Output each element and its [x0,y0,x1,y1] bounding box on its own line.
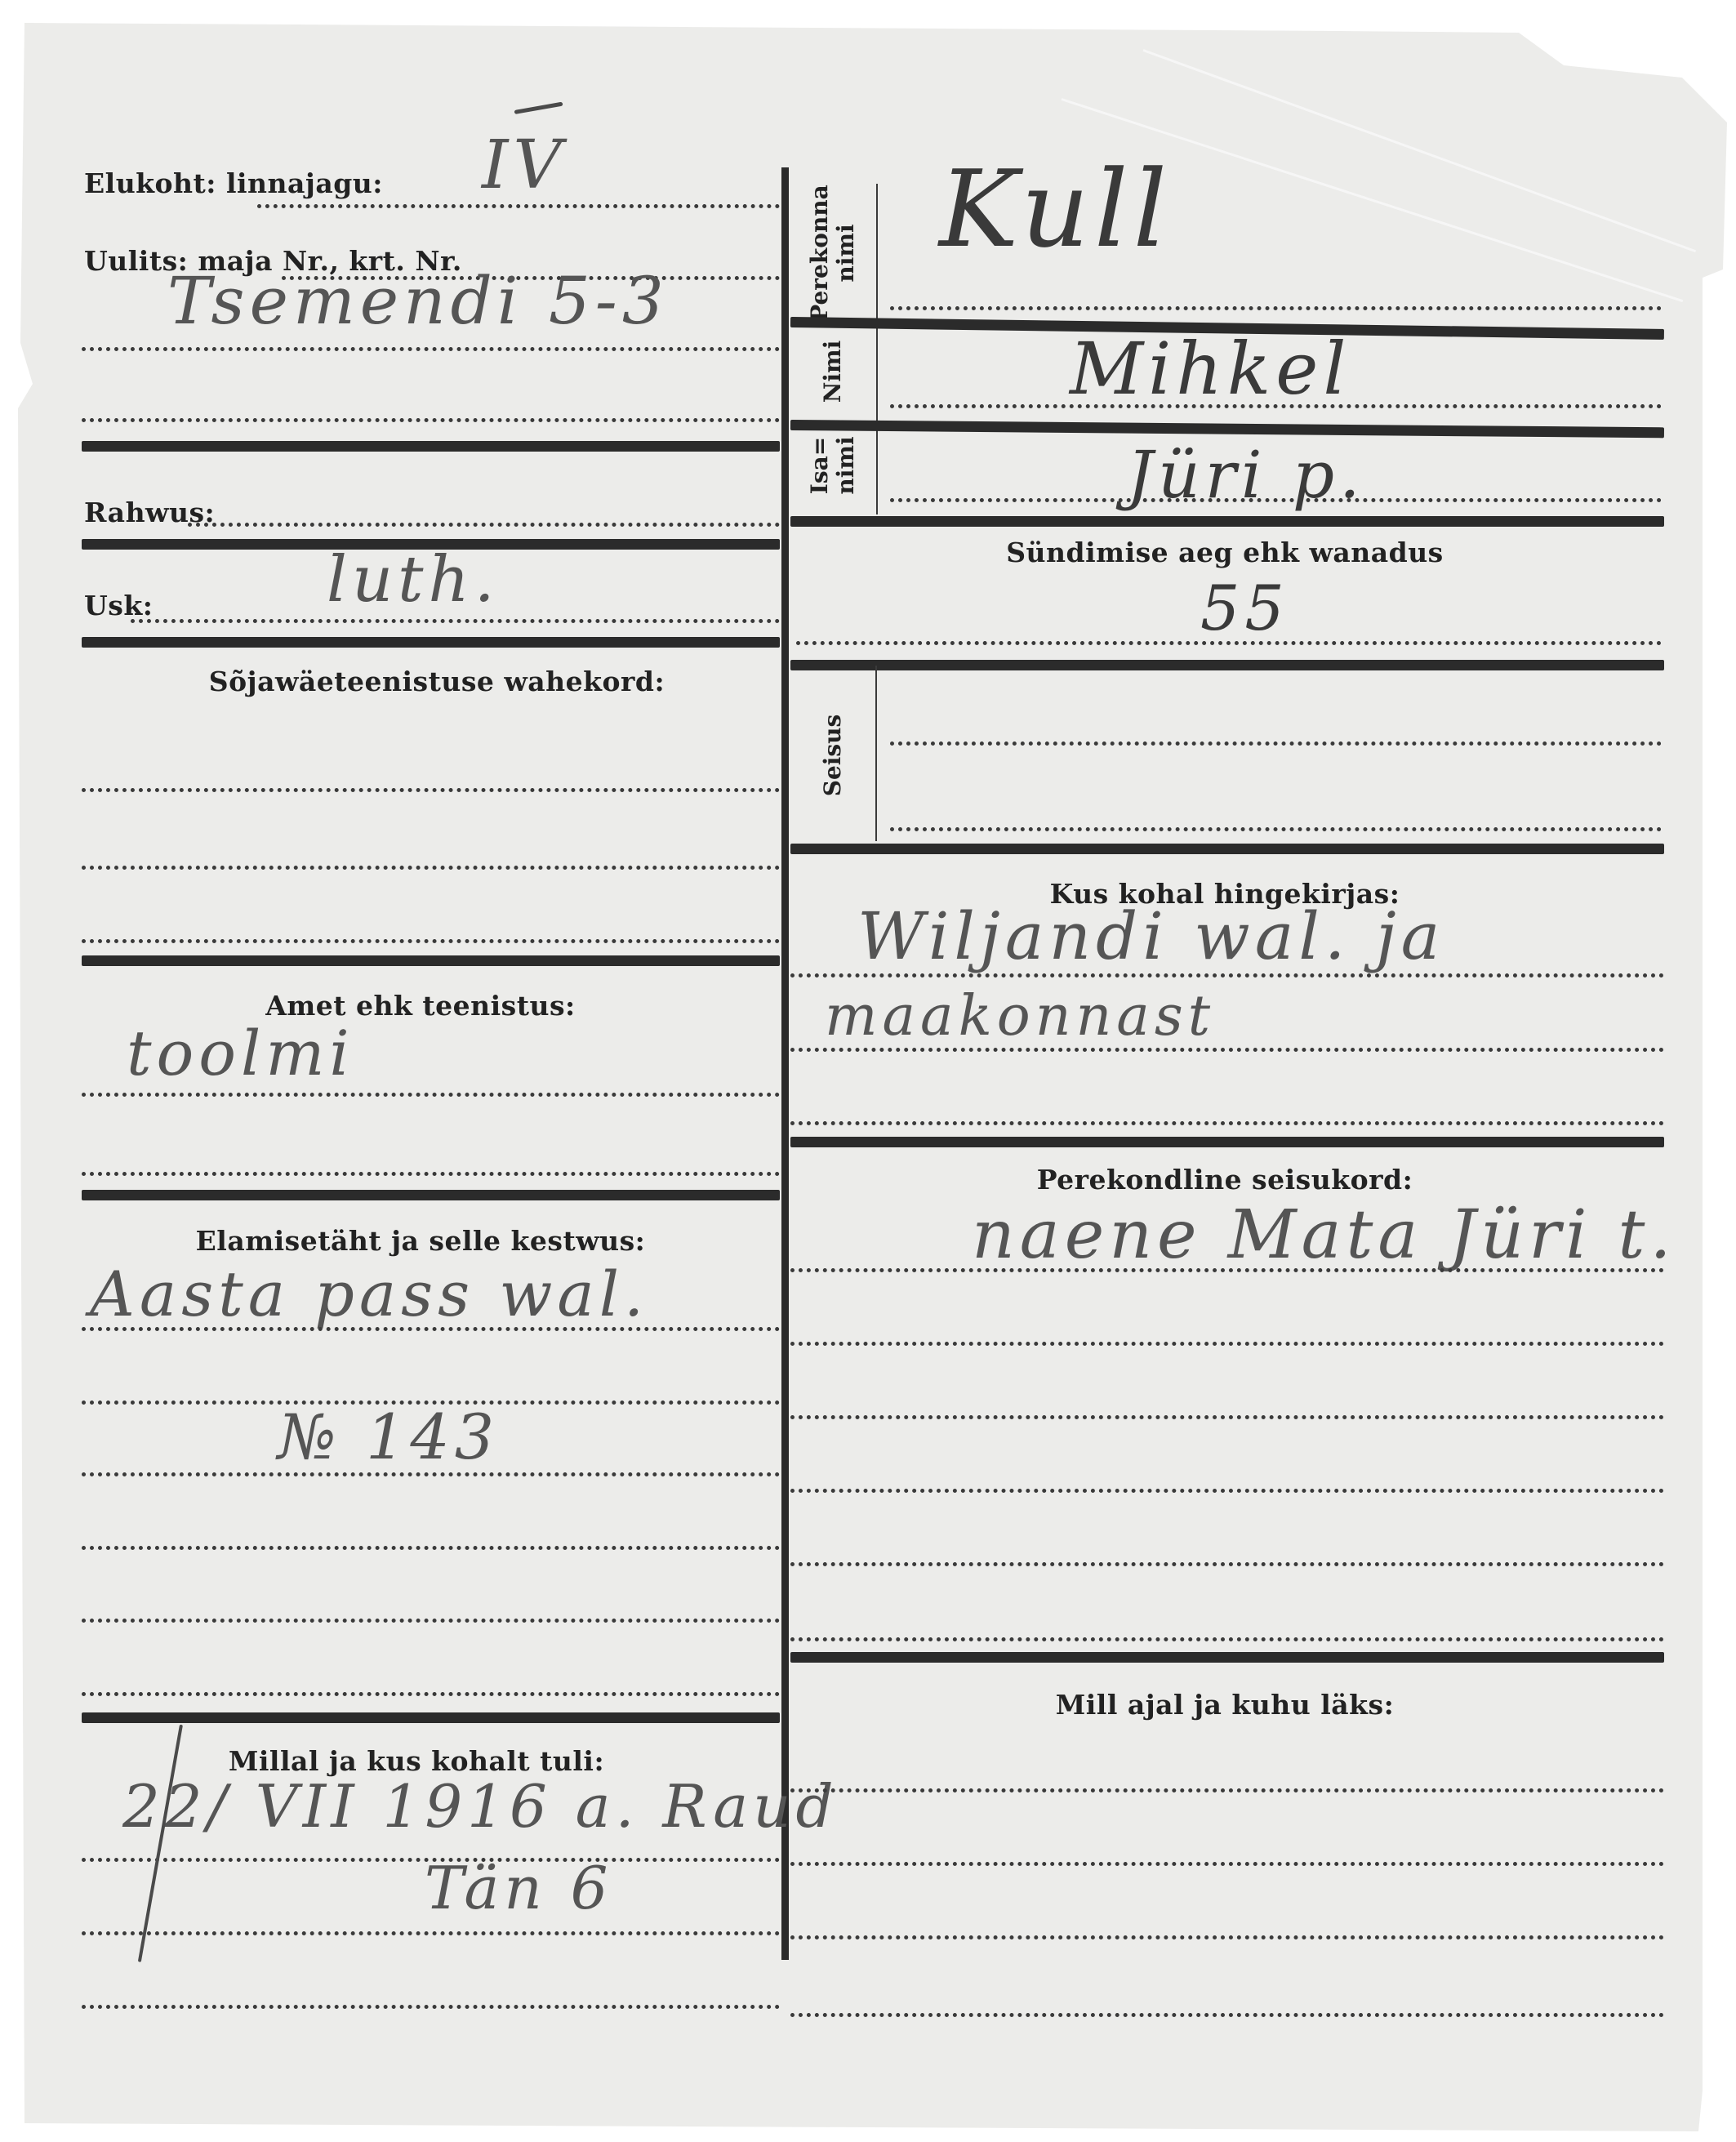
arrival-value-2: Tän 6 [425,1854,612,1922]
registry-line-3 [790,1121,1664,1125]
section-rule [82,1712,780,1723]
arrival-line-2 [82,1931,780,1935]
military-line-1 [82,788,780,792]
street-value: Tsemendi 5-3 [167,263,669,339]
status-line-1 [890,741,1662,746]
section-rule [790,1652,1664,1663]
military-line-3 [82,939,780,943]
surname-line [890,306,1662,310]
patronymic-line [890,498,1662,502]
residence-permit-line-5 [82,1619,780,1623]
nationality-line [188,523,780,527]
section-rule [790,844,1664,854]
departure-line-2 [790,1862,1664,1866]
family-line-4 [790,1489,1664,1493]
residence-permit-line-6 [82,1692,780,1696]
residence-permit-line-3 [82,1472,780,1476]
firstname-label: Nimi [820,341,846,403]
firstname-line [890,404,1662,408]
residence-district-line [257,204,780,208]
family-line-6 [790,1637,1664,1641]
departure-label: Mill ajal ja kuhu läks: [1056,1689,1395,1721]
section-rule [82,1190,780,1200]
religion-label: Usk: [84,590,153,621]
name-block-divider [876,184,878,514]
family-line-1 [790,1268,1664,1272]
residence-permit-label: Elamisetäht ja selle kestwus: [196,1225,646,1257]
section-rule [790,516,1664,527]
residence-permit-value-1: Aasta pass wal. [90,1258,648,1330]
registry-line-1 [790,973,1664,977]
military-status-label: Sõjawäeteenistuse wahekord: [209,666,665,697]
occupation-line-2 [82,1172,780,1176]
family-line-3 [790,1415,1664,1419]
center-divider [781,167,789,1960]
religion-line [131,619,780,623]
birth-value: 55 [1200,572,1289,644]
patronymic-label: Isa= nimi [807,436,859,494]
registry-value-2: maakonnast [825,984,1215,1049]
status-label: Seisus [820,715,846,797]
section-rule [82,441,780,452]
departure-line-3 [790,1935,1664,1939]
section-rule [82,637,780,648]
section-rule [82,955,780,966]
section-rule [790,660,1664,670]
street-line-2 [82,347,780,351]
birth-label: Sündimise aeg ehk wanadus [1006,537,1444,568]
status-line-2 [890,827,1662,831]
registry-value-1: Wiljandi wal. ja [857,898,1444,974]
departure-line-4 [790,2013,1664,2017]
family-line-5 [790,1562,1664,1566]
registry-line-2 [790,1048,1664,1052]
arrival-line-3 [82,2005,780,2009]
status-block-divider [875,666,877,841]
occupation-line-1 [82,1093,780,1097]
surname-value: Kull [939,147,1172,271]
family-line-2 [790,1342,1664,1346]
birth-line [796,641,1662,645]
section-rule [790,1137,1664,1147]
family-status-label: Perekondline seisukord: [1037,1164,1413,1196]
family-status-value: naene Mata Jüri t. [972,1196,1676,1274]
residence-permit-value-2: № 143 [278,1401,499,1473]
street-line-3 [82,418,780,422]
residence-permit-line-4 [82,1546,780,1550]
firstname-value: Mihkel [1070,327,1351,411]
religion-value: luth. [327,543,500,617]
residence-district-label: Elukoht: linnajagu: [84,167,383,199]
military-line-2 [82,866,780,870]
departure-line-1 [790,1788,1664,1792]
surname-label: Perekonna nimi [807,185,859,322]
residence-permit-line-1 [82,1327,780,1331]
occupation-value: toolmi [127,1017,354,1089]
arrival-value-1: 22/ VII 1916 a. Raud [122,1772,839,1841]
residence-district-value: IV [482,127,567,204]
